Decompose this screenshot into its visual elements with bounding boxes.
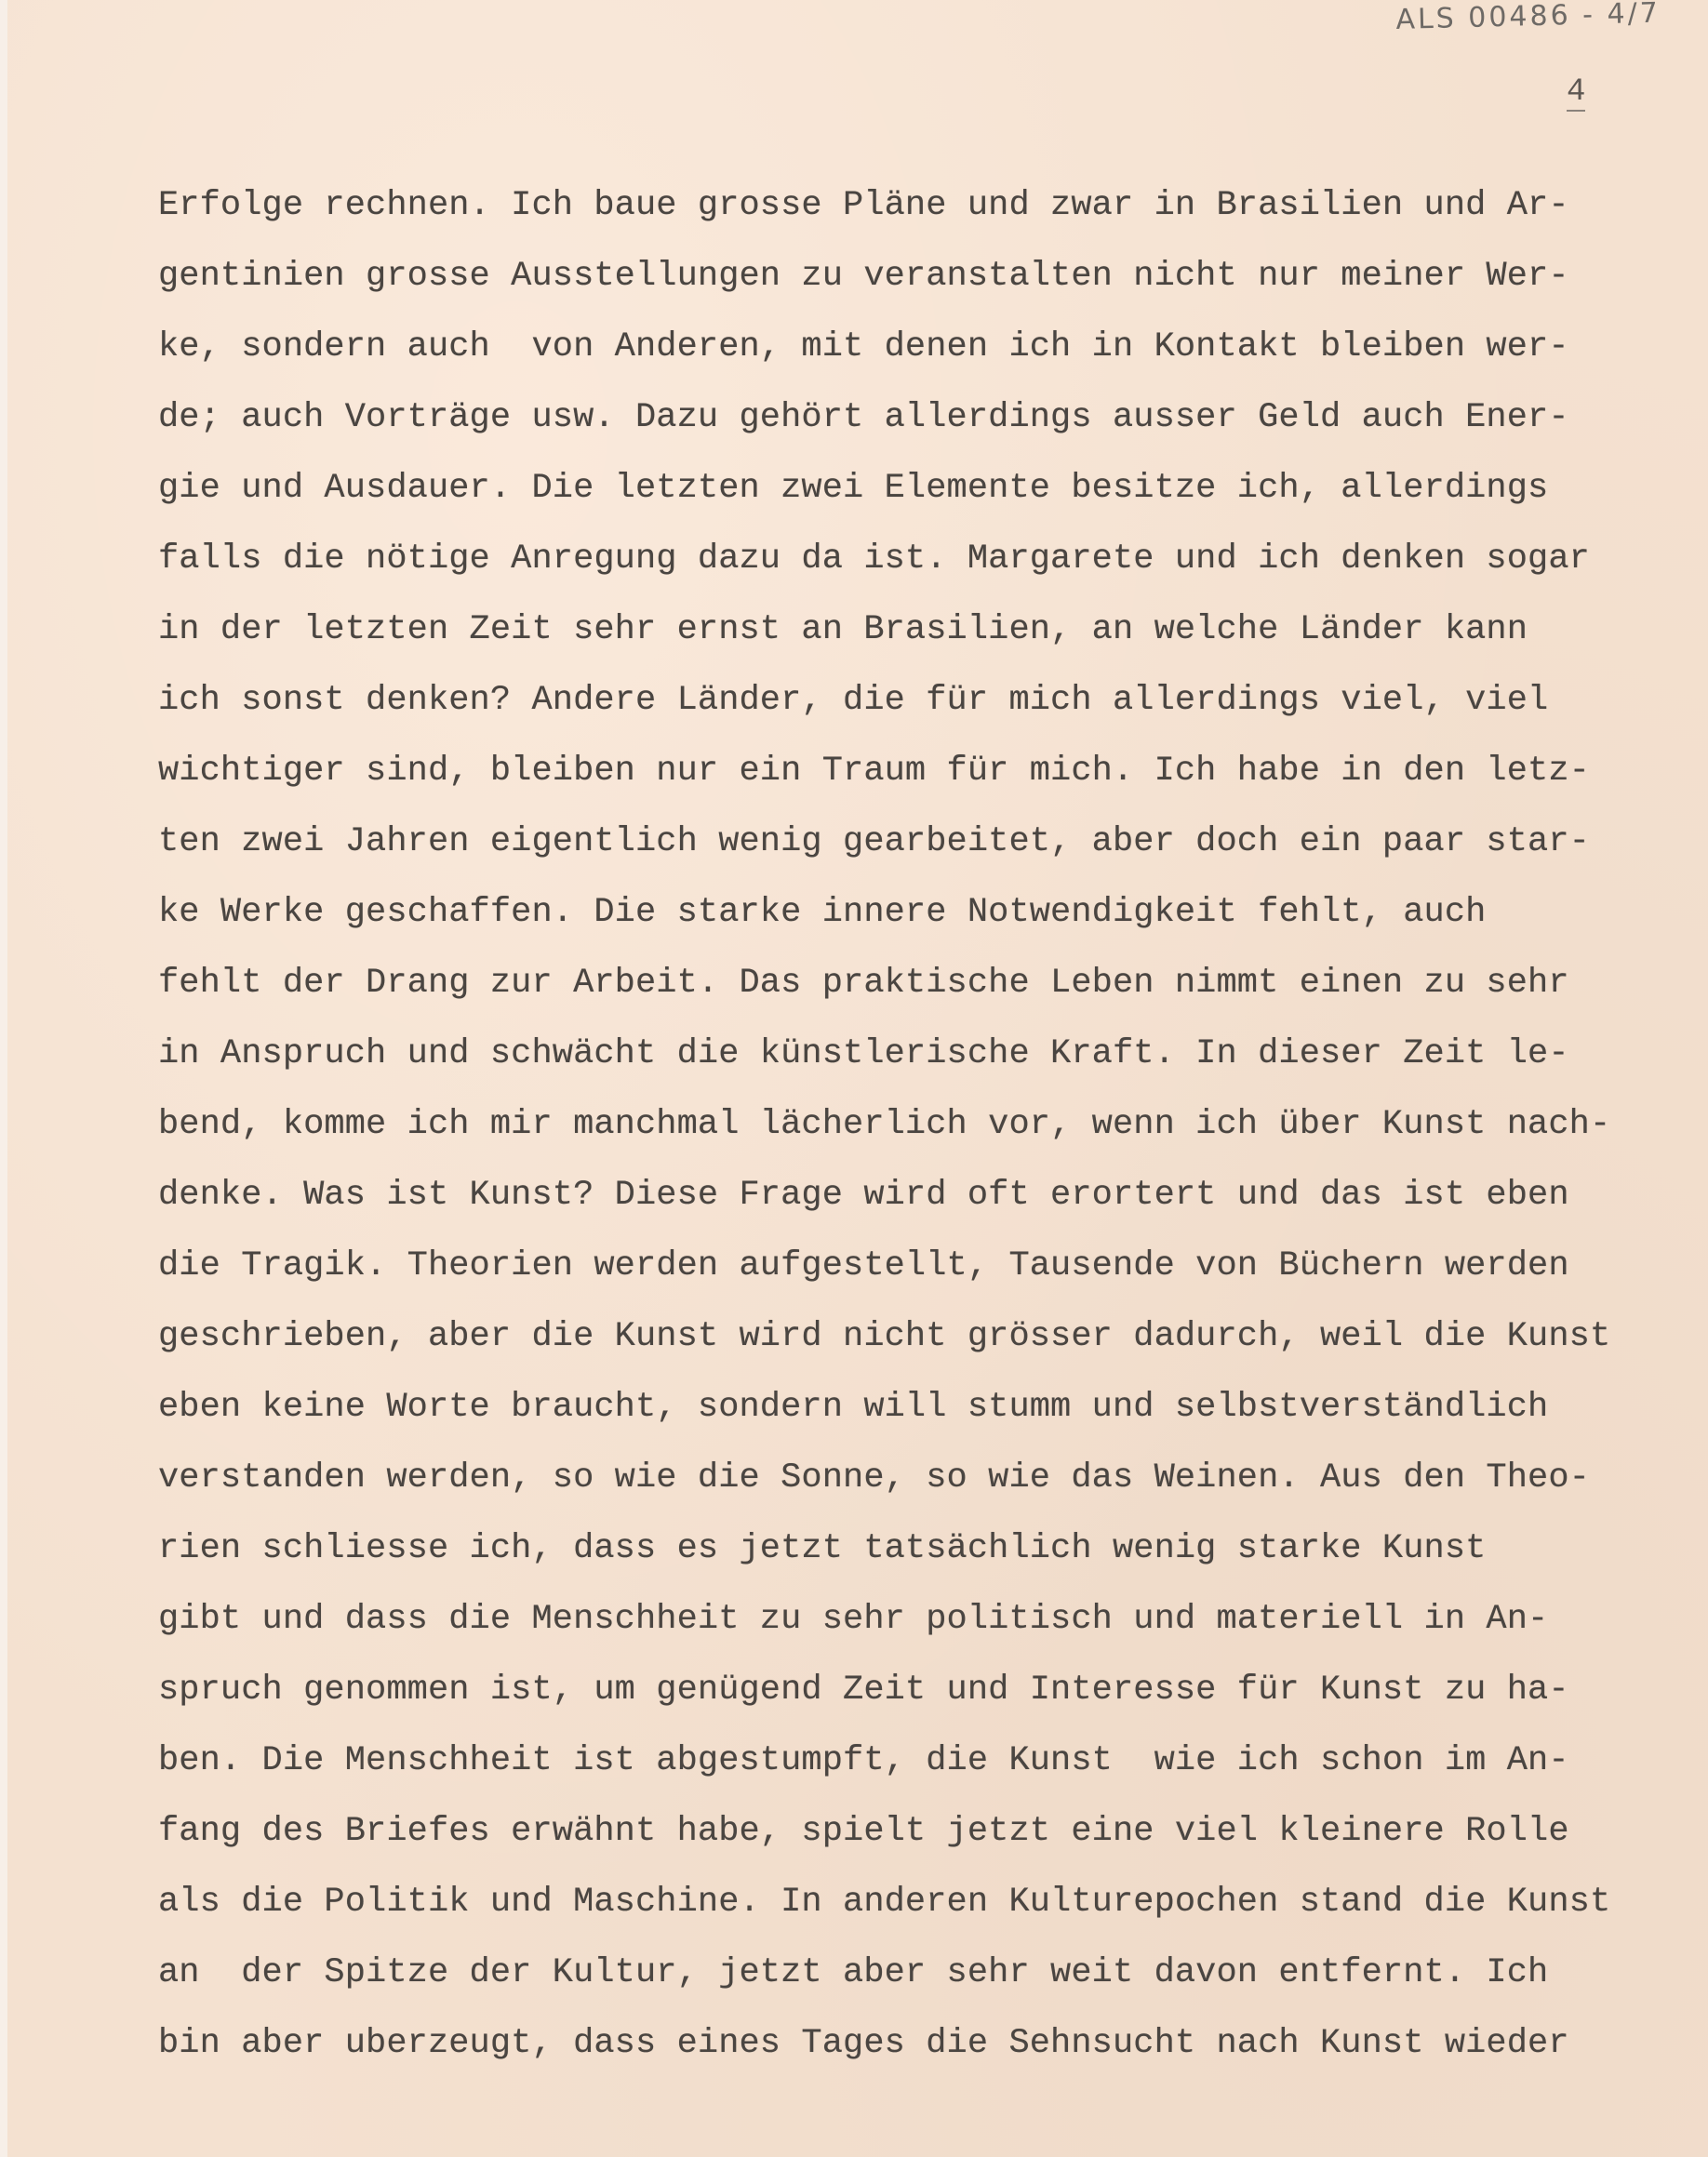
text-line: gibt und dass die Menschheit zu sehr pol… <box>158 1584 1665 1655</box>
text-line: gie und Ausdauer. Die letzten zwei Eleme… <box>158 453 1665 524</box>
text-line: spruch genommen ist, um genügend Zeit un… <box>158 1655 1665 1725</box>
text-line: fehlt der Drang zur Arbeit. Das praktisc… <box>158 948 1665 1019</box>
text-line: als die Politik und Maschine. In anderen… <box>158 1867 1665 1937</box>
text-line: ten zwei Jahren eigentlich wenig gearbei… <box>158 806 1665 877</box>
text-line: denke. Was ist Kunst? Diese Frage wird o… <box>158 1160 1665 1231</box>
text-line: bin aber uberzeugt, dass eines Tages die… <box>158 2008 1665 2079</box>
text-line: in Anspruch und schwächt die künstlerisc… <box>158 1019 1665 1089</box>
text-line: gentinien grosse Ausstellungen zu verans… <box>158 241 1665 312</box>
text-line: ich sonst denken? Andere Länder, die für… <box>158 665 1665 736</box>
text-line: fang des Briefes erwähnt habe, spielt je… <box>158 1796 1665 1867</box>
text-line: ke Werke geschaffen. Die starke innere N… <box>158 877 1665 948</box>
text-line: rien schliesse ich, dass es jetzt tatsäc… <box>158 1513 1665 1584</box>
text-line: ben. Die Menschheit ist abgestumpft, die… <box>158 1725 1665 1796</box>
text-line: geschrieben, aber die Kunst wird nicht g… <box>158 1301 1665 1372</box>
text-line: Erfolge rechnen. Ich baue grosse Pläne u… <box>158 170 1665 241</box>
text-line: eben keine Worte braucht, sondern will s… <box>158 1372 1665 1443</box>
text-line: de; auch Vorträge usw. Dazu gehört aller… <box>158 382 1665 453</box>
letter-body: Erfolge rechnen. Ich baue grosse Pläne u… <box>158 170 1665 2079</box>
text-line: bend, komme ich mir manchmal lächerlich … <box>158 1089 1665 1160</box>
page-number: 4 <box>1567 76 1585 112</box>
text-line: verstanden werden, so wie die Sonne, so … <box>158 1443 1665 1513</box>
text-line: die Tragik. Theorien werden aufgestellt,… <box>158 1231 1665 1301</box>
scan-edge <box>0 0 7 2157</box>
typewritten-letter-page: ALS 00486 - 4/7 4 Erfolge rechnen. Ich b… <box>7 0 1708 2157</box>
text-line: ke, sondern auch von Anderen, mit denen … <box>158 312 1665 382</box>
text-line: falls die nötige Anregung dazu da ist. M… <box>158 524 1665 594</box>
text-line: an der Spitze der Kultur, jetzt aber seh… <box>158 1937 1665 2008</box>
text-line: wichtiger sind, bleiben nur ein Traum fü… <box>158 736 1665 806</box>
archive-id-annotation: ALS 00486 - 4/7 <box>1395 0 1661 36</box>
text-line: in der letzten Zeit sehr ernst an Brasil… <box>158 594 1665 665</box>
